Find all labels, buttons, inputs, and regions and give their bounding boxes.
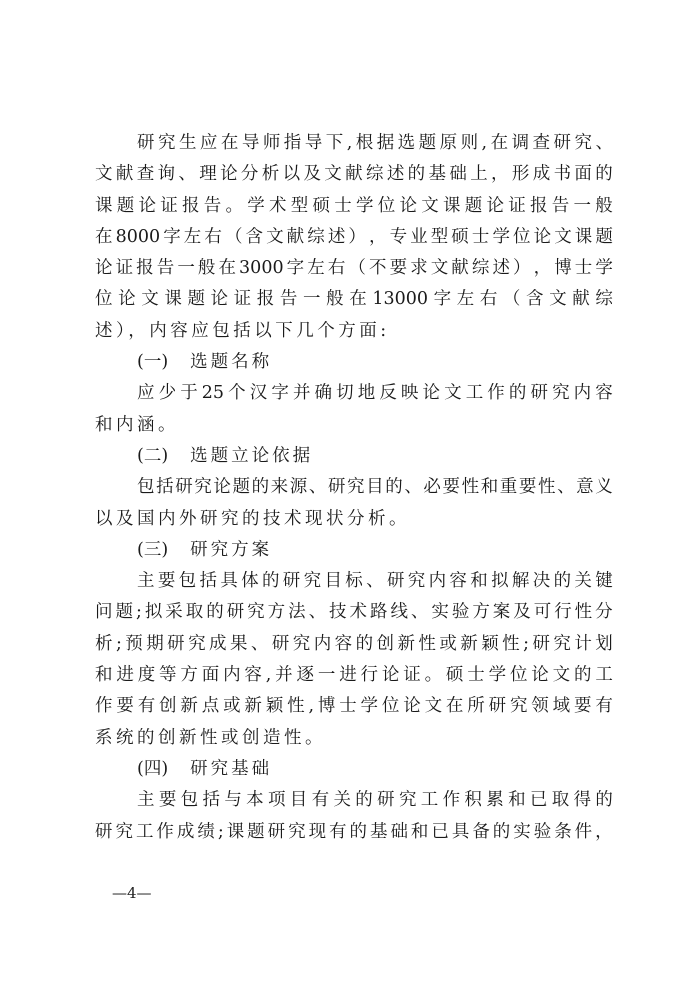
section-title: 研究基础	[190, 754, 272, 785]
paragraph-line: 系统的创新性或创造性。	[95, 723, 613, 754]
paragraph-line: 文献查询、理论分析以及文献综述的基础上，形成书面的	[95, 159, 613, 190]
paragraph-line: 析;预期研究成果、研究内容的创新性或新颖性;研究计划	[95, 629, 613, 660]
paragraph-line: 作要有创新点或新颖性,博士学位论文在所研究领域要有	[95, 691, 613, 722]
paragraph-line: 述），内容应包括以下几个方面:	[95, 316, 613, 347]
section-heading: (二)选题立论依据	[95, 441, 613, 472]
section-title: 选题名称	[190, 347, 272, 378]
paragraph-line: 在8000字左右（含文献综述），专业型硕士学位论文课题	[95, 222, 613, 253]
section-number: (一)	[137, 347, 168, 378]
page-number: —4—	[112, 884, 152, 902]
paragraph-line: 应少于25个汉字并确切地反映论文工作的研究内容	[95, 378, 613, 409]
section-number: (二)	[137, 441, 168, 472]
paragraph-line: 研究生应在导师指导下,根据选题原则,在调查研究、	[95, 128, 613, 159]
paragraph-line: 问题;拟采取的研究方法、技术路线、实验方案及可行性分	[95, 597, 613, 628]
section-heading: (三)研究方案	[95, 535, 613, 566]
paragraph-line: 主要包括与本项目有关的研究工作积累和已取得的	[95, 785, 613, 816]
section-heading: (一)选题名称	[95, 347, 613, 378]
paragraph-line: 主要包括具体的研究目标、研究内容和拟解决的关键	[95, 566, 613, 597]
paragraph-line: 课题论证报告。学术型硕士学位论文课题论证报告一般	[95, 191, 613, 222]
section-title: 研究方案	[190, 535, 272, 566]
paragraph-line: 以及国内外研究的技术现状分析。	[95, 504, 613, 535]
section-title: 选题立论依据	[190, 441, 313, 472]
section-number: (三)	[137, 535, 168, 566]
paragraph-line: 位论文课题论证报告一般在13000字左右（含文献综	[95, 284, 613, 315]
paragraph-line: 研究工作成绩;课题研究现有的基础和已具备的实验条件，	[95, 817, 613, 848]
paragraph-line: 和内涵。	[95, 410, 613, 441]
paragraph-line: 论证报告一般在3000字左右（不要求文献综述），博士学	[95, 253, 613, 284]
section-heading: (四)研究基础	[95, 754, 613, 785]
document-page: 研究生应在导师指导下,根据选题原则,在调查研究、文献查询、理论分析以及文献综述的…	[95, 128, 613, 848]
section-number: (四)	[137, 754, 168, 785]
paragraph-line: 包括研究论题的来源、研究目的、必要性和重要性、意义	[95, 472, 613, 503]
paragraph-line: 和进度等方面内容,并逐一进行论证。硕士学位论文的工	[95, 660, 613, 691]
